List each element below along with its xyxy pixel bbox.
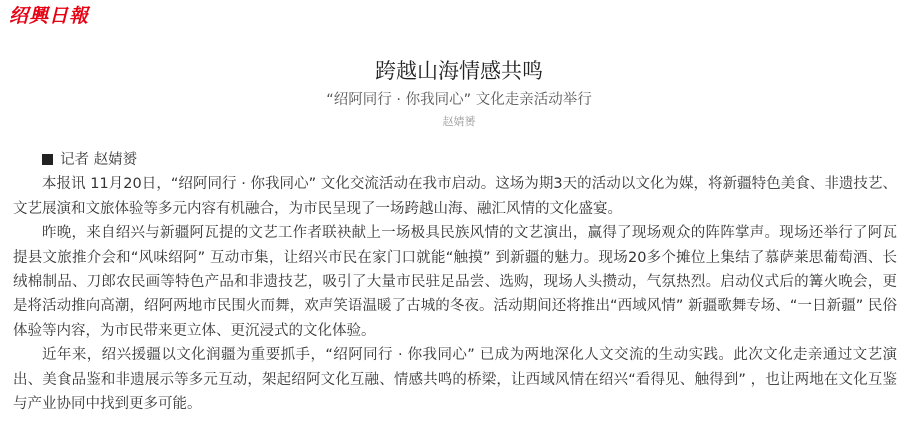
byline: 记者 赵婧赟: [13, 148, 897, 172]
article-subtitle: “绍阿同行 · 你我同心” 文化走亲活动举行: [0, 90, 918, 110]
article-author: 赵婧赟: [0, 114, 918, 130]
black-square-icon: [42, 154, 53, 165]
paragraph-2: 昨晚，来自绍兴与新疆阿瓦提的文艺工作者联袂献上一场极具民族风情的文艺演出，赢得了…: [13, 221, 897, 343]
paragraph-3: 近年来，绍兴援疆以文化润疆为重要抓手，“绍阿同行 · 你我同心” 已成为两地深化…: [13, 343, 897, 416]
paragraph-1: 本报讯 11月20日，“绍阿同行 · 你我同心” 文化交流活动在我市启动。这场为…: [13, 172, 897, 221]
byline-text: 记者 赵婧赟: [60, 152, 137, 168]
newspaper-logo[interactable]: 绍興日報: [9, 5, 89, 27]
article-body: 记者 赵婧赟 本报讯 11月20日，“绍阿同行 · 你我同心” 文化交流活动在我…: [13, 148, 897, 416]
article-title: 跨越山海情感共鸣: [0, 57, 918, 85]
